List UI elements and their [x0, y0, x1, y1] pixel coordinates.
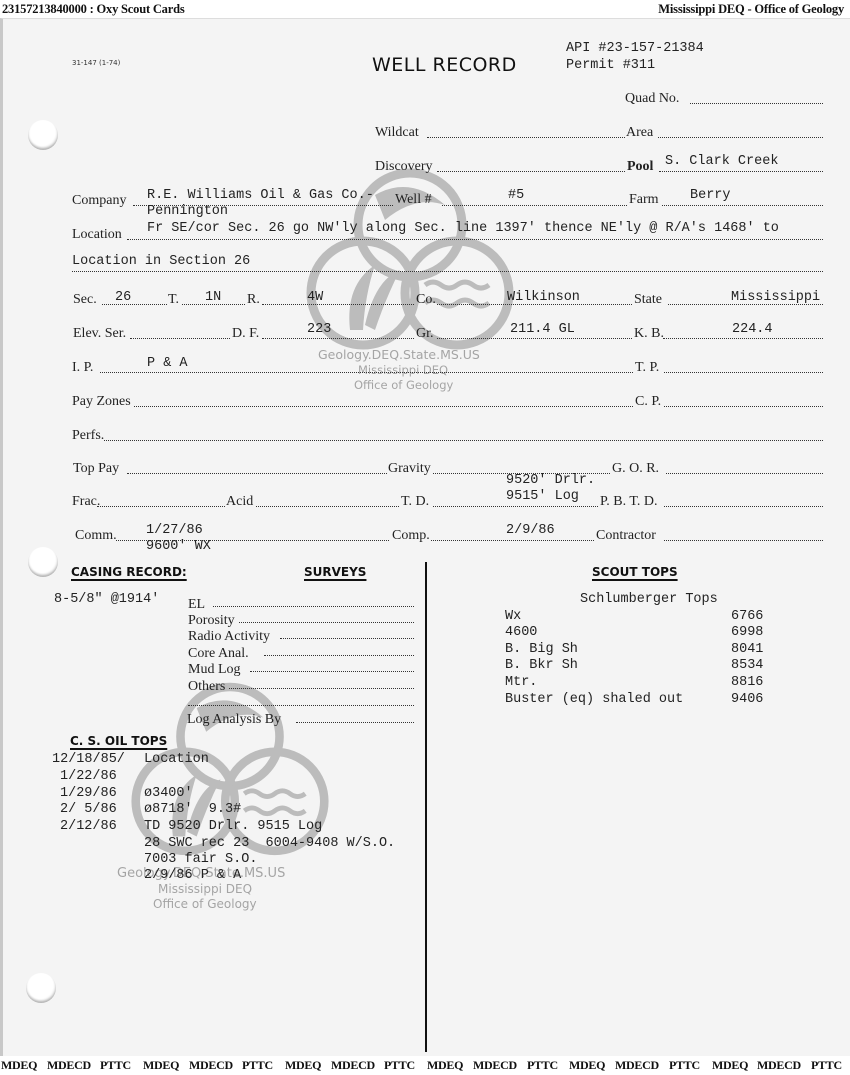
gas-oil-ratio-label: G. O. R. — [612, 461, 659, 477]
survey-mud-log-field[interactable] — [250, 671, 414, 672]
scout-tops-heading: SCOUT TOPS — [592, 565, 678, 579]
cs-oil-tops-note: 7003 fair S.O. — [144, 852, 257, 867]
frac-field[interactable] — [97, 506, 225, 507]
cs-oil-tops-note: TD 9520 Drlr. 9515 Log — [144, 819, 322, 834]
commenced-value-line2: 9600' WX — [146, 539, 211, 554]
completed-value: 2/9/86 — [506, 523, 555, 538]
state-label: State — [634, 292, 662, 308]
form-title: WELL RECORD — [372, 54, 517, 76]
footer-item: PTTC — [242, 1056, 273, 1075]
document-id-title: 23157213840000 : Oxy Scout Cards — [2, 0, 185, 18]
acid-field[interactable] — [256, 506, 399, 507]
form-number: 31-147 (1-74) — [72, 59, 120, 67]
watermark-agency: Mississippi DEQ — [158, 882, 252, 896]
punch-hole-icon — [28, 120, 58, 150]
range-label: R. — [247, 292, 260, 308]
cs-oil-tops-note: 2/9/86 P & A — [144, 868, 241, 883]
footer-item: MDEQ — [1, 1056, 37, 1075]
casing-record-heading: CASING RECORD: — [71, 565, 187, 579]
footer-item: PTTC — [100, 1056, 131, 1075]
perforations-field[interactable] — [104, 440, 823, 441]
scout-top-name: 4600 — [505, 625, 537, 640]
cs-oil-tops-date: 2/ 5/86 — [60, 802, 117, 817]
section-label: Sec. — [73, 292, 97, 308]
cs-oil-tops-date: 1/22/86 — [60, 769, 117, 784]
survey-el-label: EL — [188, 597, 205, 613]
completed-field[interactable] — [431, 540, 594, 541]
footer-item: MDECD — [757, 1056, 801, 1075]
gas-oil-ratio-field[interactable] — [666, 473, 823, 474]
location-label: Location — [72, 227, 122, 243]
farm-value: Berry — [690, 188, 731, 203]
discovery-label: Discovery — [375, 159, 433, 175]
footer-item: MDEQ — [569, 1056, 605, 1075]
surveys-heading: SURVEYS — [304, 565, 366, 579]
punch-hole-icon — [28, 547, 58, 577]
total-depth-value-line1: 9520' Drlr. — [506, 473, 595, 488]
initial-production-field[interactable] — [100, 372, 633, 373]
completed-label: Comp. — [392, 528, 430, 544]
survey-radio-activity-field[interactable] — [280, 638, 414, 639]
survey-porosity-field[interactable] — [239, 622, 414, 623]
total-depth-value-line2: 9515' Log — [506, 489, 579, 504]
wildcat-label: Wildcat — [375, 125, 419, 141]
company-value-line2: Pennington — [147, 204, 228, 219]
survey-porosity-label: Porosity — [188, 613, 235, 629]
area-field[interactable] — [658, 137, 823, 138]
range-value: 4W — [307, 290, 323, 305]
cs-oil-tops-note: ø8718' 9.3# — [144, 802, 241, 817]
tubing-pressure-field[interactable] — [664, 372, 823, 373]
log-analysis-by-label: Log Analysis By — [187, 712, 281, 728]
top-pay-field[interactable] — [127, 473, 387, 474]
survey-core-analysis-label: Core Anal. — [188, 646, 249, 662]
location-field[interactable] — [127, 239, 823, 240]
scout-top-name: Mtr. — [505, 675, 537, 690]
section-field[interactable] — [102, 304, 167, 305]
company-label: Company — [72, 193, 126, 209]
cs-oil-tops-date: 1/29/86 — [60, 786, 117, 801]
casing-pressure-label: C. P. — [635, 394, 661, 410]
elevation-label: Elev. Ser. — [73, 326, 126, 342]
kelly-bushing-label: K. B. — [634, 326, 664, 342]
survey-blank-field[interactable] — [188, 705, 414, 706]
plugged-back-td-label: P. B. T. D. — [600, 494, 657, 510]
survey-core-analysis-field[interactable] — [264, 655, 414, 656]
footer-item: MDEQ — [712, 1056, 748, 1075]
farm-label: Farm — [629, 192, 659, 208]
footer-bar: MDEQ MDECD PTTC MDEQ MDECD PTTC MDEQ MDE… — [0, 1056, 850, 1075]
scout-top-depth: 8041 — [731, 642, 763, 657]
cs-oil-tops-note: Location — [144, 752, 209, 767]
footer-item: MDECD — [47, 1056, 91, 1075]
gravity-label: Gravity — [388, 461, 431, 477]
location-value-line2: Location in Section 26 — [72, 254, 250, 269]
ground-label: Gr. — [416, 326, 434, 342]
township-value: 1N — [205, 290, 221, 305]
kelly-bushing-field[interactable] — [663, 338, 823, 339]
county-label: Co. — [416, 292, 436, 308]
scout-top-name: B. Bkr Sh — [505, 658, 578, 673]
scout-top-name: Wx — [505, 609, 521, 624]
frac-label: Frac. — [72, 494, 100, 510]
pool-label: Pool — [627, 159, 653, 175]
footer-item: MDEQ — [143, 1056, 179, 1075]
cs-oil-tops-date: 2/12/86 — [60, 819, 117, 834]
survey-radio-activity-label: Radio Activity — [188, 629, 270, 645]
plugged-back-td-field[interactable] — [664, 506, 823, 507]
perforations-label: Perfs. — [72, 428, 104, 444]
pool-value: S. Clark Creek — [665, 154, 778, 169]
ground-value: 211.4 GL — [510, 322, 575, 337]
initial-production-value: P & A — [147, 356, 188, 371]
watermark-office: Office of Geology — [153, 897, 257, 911]
footer-item: PTTC — [384, 1056, 415, 1075]
derrick-floor-field[interactable] — [262, 338, 414, 339]
schlumberger-tops-subheading: Schlumberger Tops — [580, 592, 718, 607]
scout-top-depth: 9406 — [731, 692, 763, 707]
footer-item: MDEQ — [427, 1056, 463, 1075]
total-depth-label: T. D. — [401, 494, 429, 510]
watermark-url: Geology.DEQ.State.MS.US — [318, 347, 480, 362]
cs-oil-tops-heading: C. S. OIL TOPS — [70, 734, 167, 748]
company-value-line1: R.E. Williams Oil & Gas Co.- — [147, 188, 374, 203]
derrick-floor-label: D. F. — [232, 326, 259, 342]
commenced-value-line1: 1/27/86 — [146, 523, 203, 538]
pay-zones-label: Pay Zones — [72, 394, 131, 410]
footer-item: MDECD — [473, 1056, 517, 1075]
initial-production-label: I. P. — [72, 360, 93, 376]
cs-oil-tops-note: ø3400' — [144, 786, 193, 801]
acid-label: Acid — [226, 494, 253, 510]
survey-mud-log-label: Mud Log — [188, 662, 241, 678]
range-field[interactable] — [262, 304, 414, 305]
watermark-agency: Mississippi DEQ — [358, 363, 448, 377]
well-number-label: Well # — [395, 192, 432, 208]
footer-item: PTTC — [811, 1056, 842, 1075]
watermark-office: Office of Geology — [354, 378, 453, 392]
well-number-field[interactable] — [442, 205, 627, 206]
permit-number: Permit #311 — [566, 58, 655, 73]
quad-no-field[interactable] — [690, 103, 823, 104]
footer-item: PTTC — [527, 1056, 558, 1075]
location-field-line2[interactable] — [72, 271, 823, 272]
section-value: 26 — [115, 290, 131, 305]
pay-zones-field[interactable] — [134, 406, 633, 407]
county-value: Wilkinson — [507, 290, 580, 305]
document-header-bar: 23157213840000 : Oxy Scout Cards Mississ… — [0, 0, 850, 18]
tubing-pressure-label: T. P. — [635, 360, 659, 376]
ground-field[interactable] — [437, 338, 632, 339]
cs-oil-tops-date: 12/18/85/ — [52, 752, 125, 767]
footer-item: MDECD — [331, 1056, 375, 1075]
top-pay-label: Top Pay — [73, 461, 119, 477]
scout-top-name: B. Big Sh — [505, 642, 578, 657]
state-value: Mississippi — [731, 290, 820, 305]
township-label: T. — [168, 292, 179, 308]
discovery-field[interactable] — [437, 171, 625, 172]
section-divider — [425, 562, 427, 1052]
commenced-label: Comm. — [75, 528, 117, 544]
derrick-floor-value: 223 — [307, 322, 331, 337]
footer-item: MDECD — [615, 1056, 659, 1075]
scout-top-name: Buster (eq) shaled out — [505, 692, 683, 707]
scout-top-depth: 6766 — [731, 609, 763, 624]
log-analysis-by-field[interactable] — [296, 722, 414, 723]
well-number-value: #5 — [508, 188, 524, 203]
elevation-field[interactable] — [130, 338, 230, 339]
casing-pressure-field[interactable] — [664, 406, 823, 407]
survey-others-label: Others — [188, 679, 225, 695]
quad-no-label: Quad No. — [625, 91, 679, 107]
farm-field[interactable] — [662, 205, 823, 206]
scout-top-depth: 8816 — [731, 675, 763, 690]
contractor-label: Contractor — [596, 528, 656, 544]
punch-hole-icon — [26, 973, 56, 1003]
location-value-line1: Fr SE/cor Sec. 26 go NW'ly along Sec. li… — [147, 221, 779, 236]
agency-title: Mississippi DEQ - Office of Geology — [658, 0, 844, 18]
footer-item: MDEQ — [285, 1056, 321, 1075]
footer-item: MDECD — [189, 1056, 233, 1075]
footer-item: PTTC — [669, 1056, 700, 1075]
wildcat-field[interactable] — [427, 137, 625, 138]
pool-field[interactable] — [659, 171, 823, 172]
api-number: API #23-157-21384 — [566, 41, 704, 56]
kelly-bushing-value: 224.4 — [732, 322, 773, 337]
contractor-field[interactable] — [664, 540, 823, 541]
cs-oil-tops-note: 28 SWC rec 23 6004-9408 W/S.O. — [144, 836, 395, 851]
survey-el-field[interactable] — [213, 606, 414, 607]
area-label: Area — [626, 125, 653, 141]
total-depth-field[interactable] — [433, 506, 598, 507]
scout-top-depth: 8534 — [731, 658, 763, 673]
casing-record-entry: 8-5/8" @1914' — [54, 592, 159, 607]
survey-others-field[interactable] — [229, 688, 414, 689]
scout-top-depth: 6998 — [731, 625, 763, 640]
